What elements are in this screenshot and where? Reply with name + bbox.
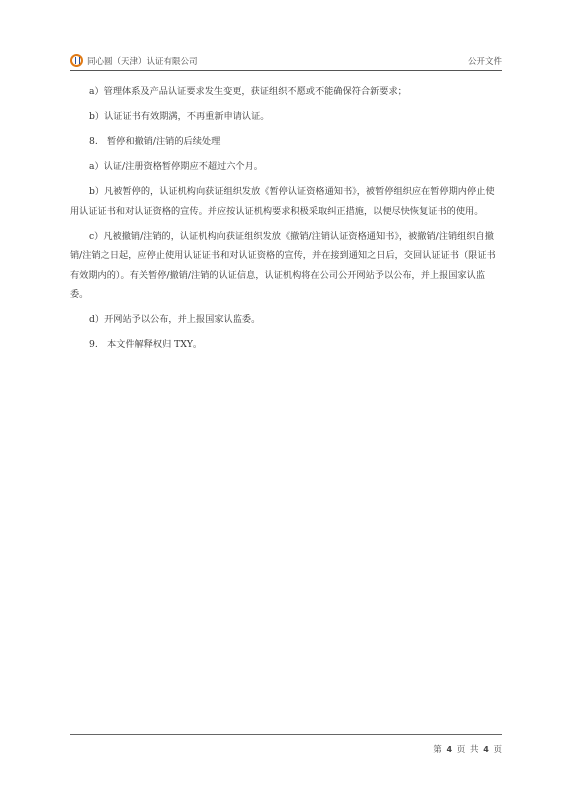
company-logo-icon — [70, 54, 83, 67]
total-pages: 4 — [483, 745, 489, 754]
item-a-requirement-change: a）管理体系及产品认证要求发生变更，获证组织不愿或不能确保符合新要求； — [70, 82, 502, 102]
item-b-certificate-expired: b）认证证书有效期满，不再重新申请认证。 — [70, 107, 502, 127]
header-divider — [70, 70, 502, 71]
page-number: 第 4 页 共 4 页 — [433, 743, 502, 755]
section-8-heading: 8. 暂停和撤销/注销的后续处理 — [70, 132, 502, 152]
page-middle: 页 共 — [457, 745, 479, 755]
section-9-interpretation: 9. 本文件解释权归 TXY。 — [70, 335, 502, 355]
company-name: 同心圆（天津）认证有限公司 — [87, 55, 198, 67]
item-a-suspension-period: a）认证/注册资格暂停期应不超过六个月。 — [70, 157, 502, 177]
item-c-revocation: c）凡被撤销/注销的，认证机构向获证组织发放《撤销/注销认证资格通知书》，被撤销… — [70, 227, 502, 305]
page-header: 同心圆（天津）认证有限公司 公开文件 — [70, 54, 502, 70]
page-suffix: 页 — [493, 745, 502, 755]
page-prefix: 第 — [433, 745, 442, 755]
current-page: 4 — [447, 745, 453, 754]
document-classification: 公开文件 — [468, 55, 502, 67]
document-body: a）管理体系及产品认证要求发生变更，获证组织不愿或不能确保符合新要求； b）认证… — [70, 82, 502, 360]
footer-divider — [70, 734, 502, 735]
item-b-suspension: b）凡被暂停的，认证机构向获证组织发放《暂停认证资格通知书》，被暂停组织应在暂停… — [70, 182, 502, 221]
item-d-publication: d）开网站予以公布，并上报国家认监委。 — [70, 310, 502, 330]
